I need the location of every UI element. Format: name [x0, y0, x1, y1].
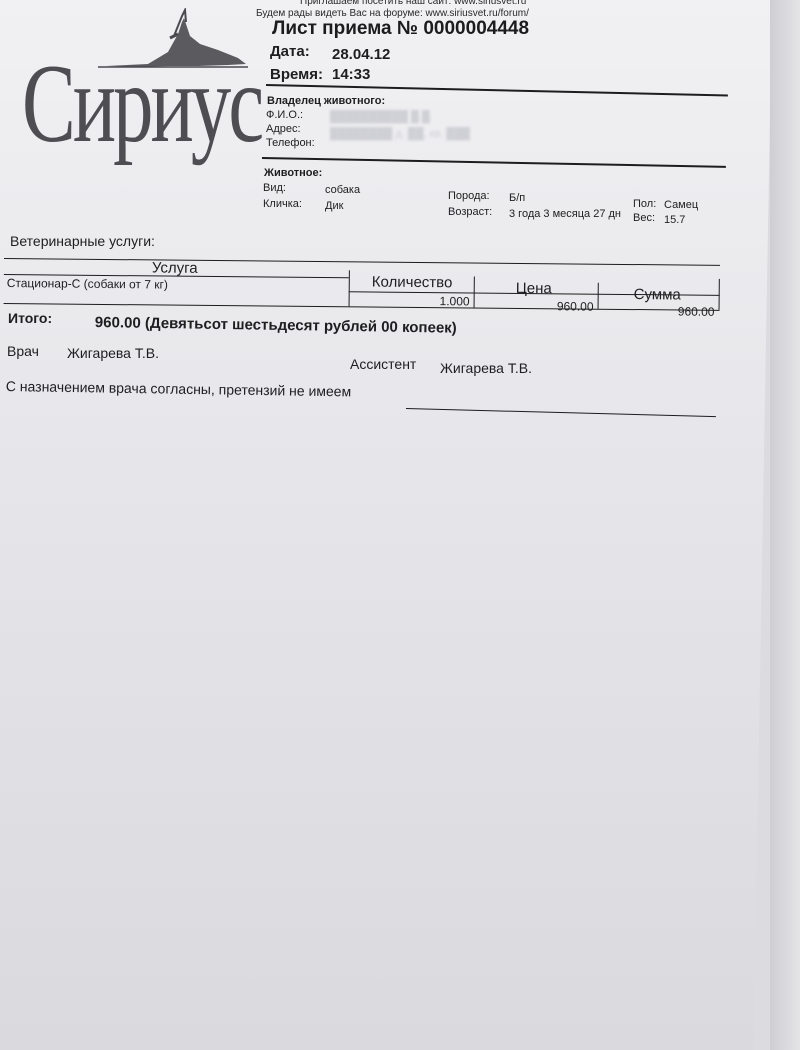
page-title: Лист приема № 0000004448 — [272, 18, 529, 40]
column-header-sum: Сумма — [634, 286, 681, 303]
owner-section-label: Владелец животного: — [267, 95, 385, 107]
date-label: Дата: — [270, 43, 310, 60]
weight-value: 15.7 — [664, 214, 685, 226]
owner-address-label: Адрес: — [266, 123, 301, 135]
owner-address-value: ████████ д. ██, кв. ███ — [330, 128, 470, 140]
time-label: Время: — [270, 66, 323, 83]
scanner-edge — [770, 0, 800, 1050]
service-price: 960.00 — [477, 299, 593, 314]
service-sum: 960.00 — [601, 304, 714, 319]
doctor-label: Врач — [7, 343, 39, 359]
services-section-label: Ветеринарные услуги: — [10, 233, 155, 249]
receipt-number: 0000004448 — [423, 18, 529, 39]
animal-section-label: Животное: — [264, 167, 322, 179]
pet-name-label: Кличка: — [263, 198, 302, 210]
time-value: 14:33 — [332, 66, 370, 83]
column-header-price: Цена — [516, 280, 552, 297]
title-prefix: Лист приема № — [272, 18, 418, 39]
sex-label: Пол: — [633, 198, 656, 210]
owner-name-value: ██████████ █.█. — [330, 111, 433, 123]
site-line: Приглашаем посетить наш сайт: www.sirius… — [300, 0, 526, 7]
owner-phone-label: Телефон: — [266, 137, 315, 149]
age-label: Возраст: — [448, 206, 492, 218]
owner-name-label: Ф.И.О.: — [266, 109, 303, 121]
total-label: Итого: — [8, 310, 52, 326]
age-value: 3 года 3 месяца 27 дн — [509, 208, 621, 220]
species-value: собака — [325, 184, 360, 196]
breed-value: Б/п — [509, 192, 525, 204]
assistant-label: Ассистент — [350, 356, 416, 372]
doctor-value: Жигарева Т.В. — [67, 345, 159, 361]
species-label: Вид: — [263, 182, 286, 194]
date-value: 28.04.12 — [332, 46, 390, 63]
breed-label: Порода: — [448, 190, 490, 202]
pet-name-value: Дик — [325, 200, 343, 212]
sex-value: Самец — [664, 199, 698, 211]
column-header-quantity: Количество — [372, 274, 453, 292]
assistant-value: Жигарева Т.В. — [440, 360, 532, 376]
weight-label: Вес: — [633, 212, 655, 224]
service-name: Стационар-С (собаки от 7 кг) — [7, 276, 168, 292]
service-quantity: 1.000 — [354, 293, 470, 308]
column-header-service: Услуга — [152, 259, 198, 276]
logo-text: Сириус — [22, 40, 261, 169]
